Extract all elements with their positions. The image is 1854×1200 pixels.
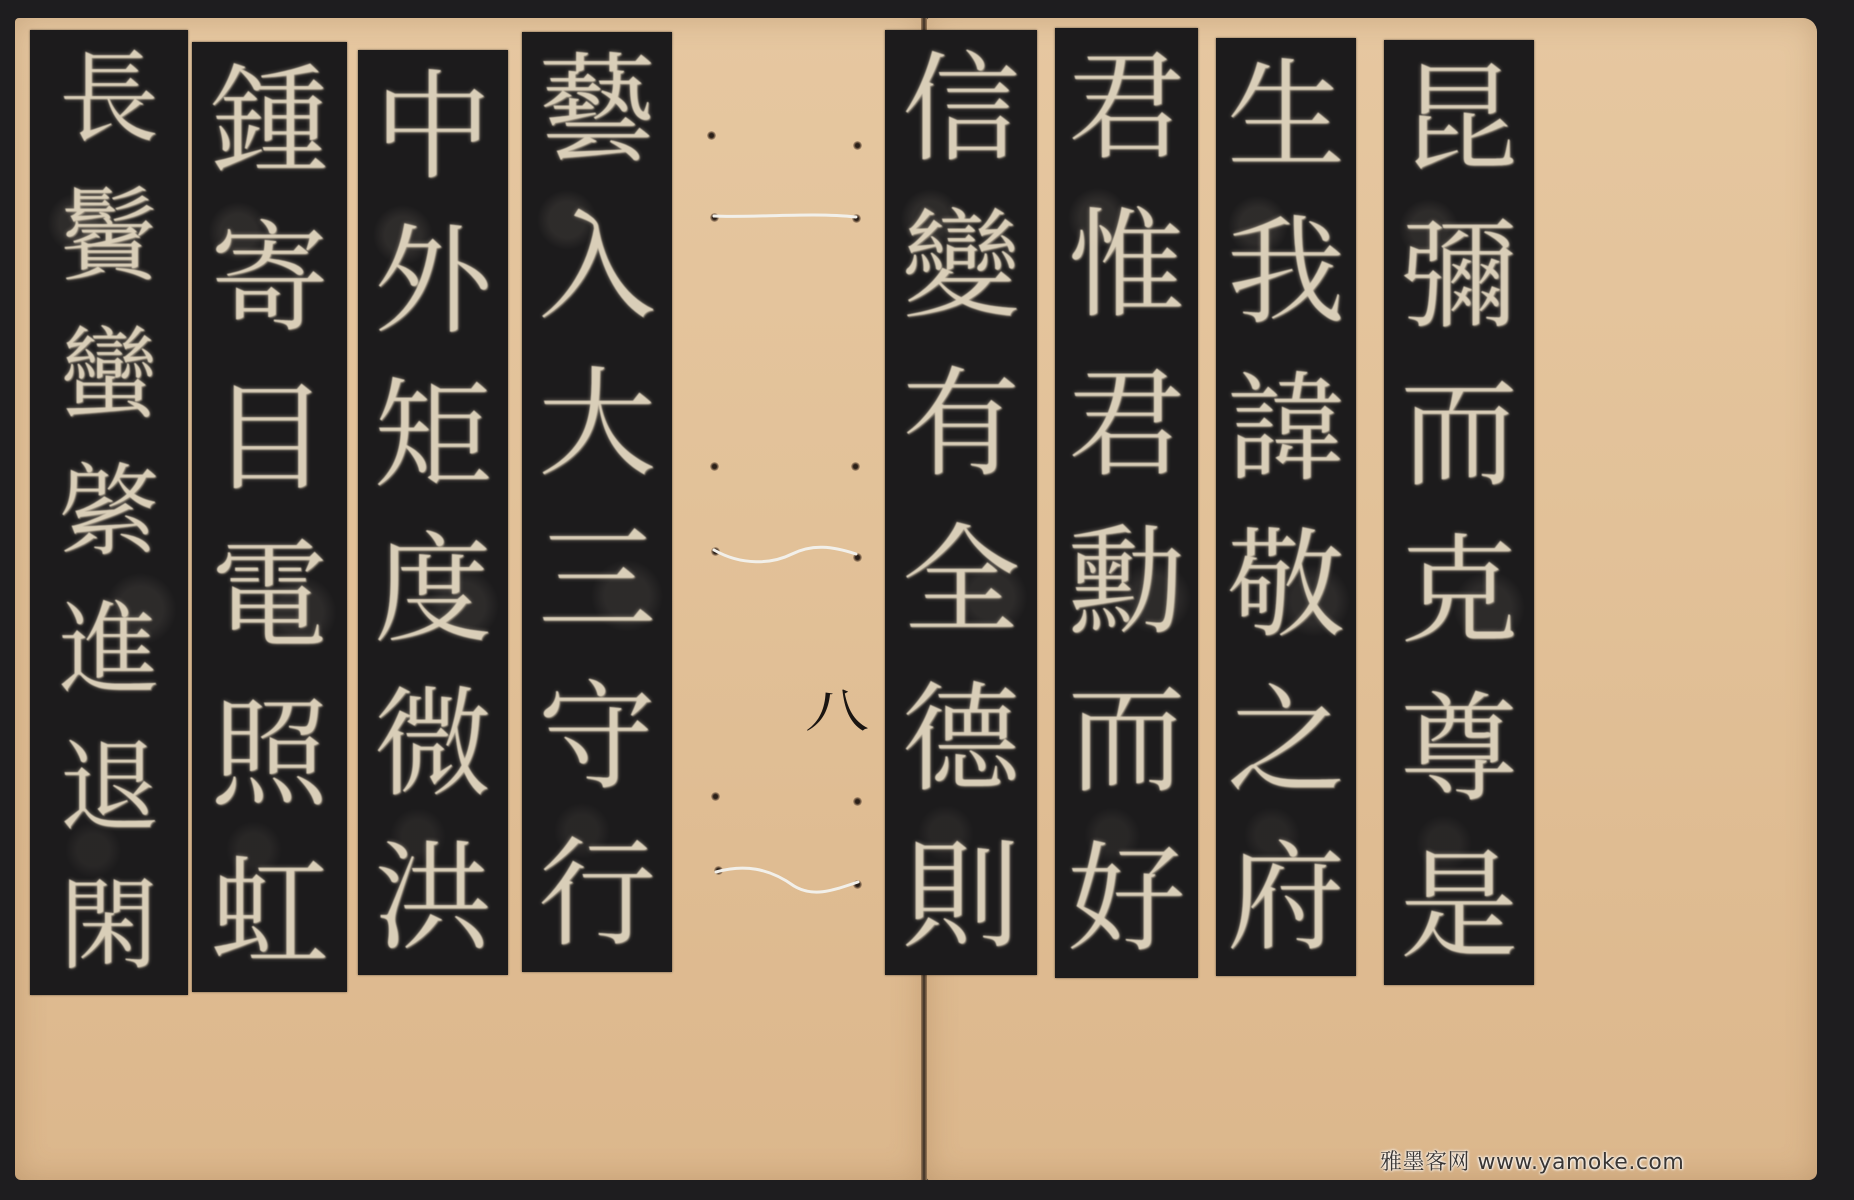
glyph: 藝 [538, 51, 656, 169]
rubbing-column-left-2: 鍾 寄 目 電 照 虹 [192, 42, 347, 992]
binding-hole [710, 462, 719, 471]
binding-hole [851, 462, 860, 471]
glyph: 敬 [1227, 526, 1345, 644]
rubbing-column-right-4: 信 變 有 全 德 則 [885, 30, 1037, 975]
glyph: 大 [538, 365, 656, 483]
rubbing-column-right-2: 生 我 諱 敬 之 府 [1216, 38, 1356, 976]
rubbing-column-left-3: 中 外 矩 度 微 洪 [358, 50, 508, 975]
glyph: 之 [1227, 682, 1345, 800]
binding-hole [711, 792, 720, 801]
glyph: 守 [538, 678, 656, 796]
glyph: 有 [902, 365, 1020, 483]
glyph: 彌 [1400, 217, 1518, 335]
binding-hole [853, 141, 862, 150]
glyph: 君 [1067, 365, 1185, 483]
glyph: 行 [538, 835, 656, 953]
glyph: 長 [59, 49, 159, 149]
glyph: 全 [902, 522, 1020, 640]
glyph: 尊 [1400, 690, 1518, 808]
glyph: 綮 [59, 462, 159, 562]
glyph: 鬢 [59, 187, 159, 287]
glyph: 度 [374, 531, 492, 649]
binding-hole [707, 131, 716, 140]
glyph: 德 [902, 680, 1020, 798]
glyph: 三 [538, 521, 656, 639]
glyph: 矩 [374, 376, 492, 494]
glyph: 諱 [1227, 370, 1345, 488]
glyph: 而 [1067, 681, 1185, 799]
binding-thread-bottom [714, 860, 860, 900]
binding-hole [853, 797, 862, 806]
glyph: 勳 [1067, 523, 1185, 641]
glyph: 而 [1400, 375, 1518, 493]
glyph: 好 [1067, 840, 1185, 958]
glyph: 生 [1227, 57, 1345, 175]
glyph: 蠻 [59, 325, 159, 425]
glyph: 入 [538, 208, 656, 326]
glyph: 府 [1227, 839, 1345, 957]
glyph: 微 [374, 685, 492, 803]
glyph: 君 [1067, 48, 1185, 166]
glyph: 照 [210, 695, 328, 813]
glyph: 是 [1400, 847, 1518, 965]
glyph: 閑 [59, 876, 159, 976]
glyph: 我 [1227, 213, 1345, 331]
glyph: 變 [902, 207, 1020, 325]
glyph: 寄 [210, 220, 328, 338]
glyph: 電 [210, 537, 328, 655]
binding-thread-middle [712, 540, 858, 570]
glyph: 洪 [374, 839, 492, 957]
glyph: 惟 [1067, 206, 1185, 324]
glyph: 信 [902, 50, 1020, 168]
glyph: 鍾 [210, 62, 328, 180]
glyph: 中 [374, 68, 492, 186]
glyph: 克 [1400, 532, 1518, 650]
glyph: 則 [902, 837, 1020, 955]
glyph: 進 [59, 600, 159, 700]
glyph: 虹 [210, 854, 328, 972]
page-number-marker: 八 [805, 688, 869, 734]
glyph: 昆 [1400, 60, 1518, 178]
glyph: 退 [59, 738, 159, 838]
rubbing-column-right-3: 君 惟 君 勳 而 好 [1055, 28, 1198, 978]
rubbing-column-right-1: 昆 彌 而 克 尊 是 [1384, 40, 1534, 985]
rubbing-column-left-4: 藝 入 大 三 守 行 [522, 32, 672, 972]
rubbing-column-left-1: 長 鬢 蠻 綮 進 退 閑 [30, 30, 188, 995]
watermark: 雅墨客网 www.yamoke.com [1380, 1145, 1684, 1176]
binding-thread-top [712, 208, 858, 224]
glyph: 外 [374, 222, 492, 340]
glyph: 目 [210, 379, 328, 497]
